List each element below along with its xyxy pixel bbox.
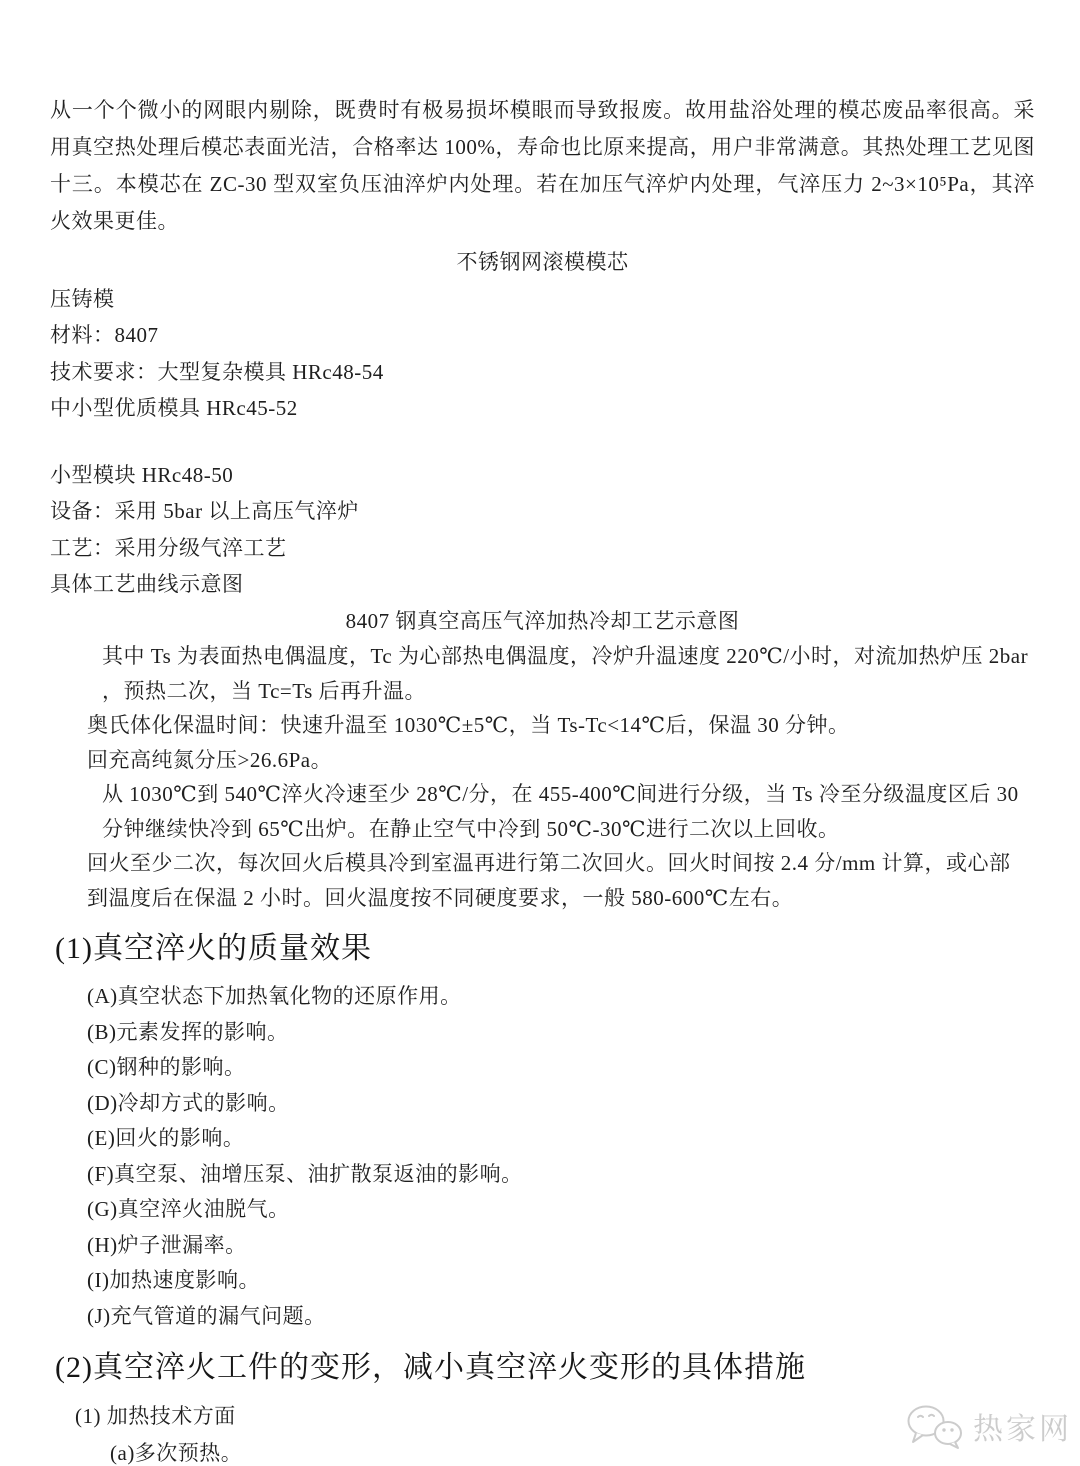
blank-gap: [50, 427, 1035, 457]
list-item: (F)真空泵、油增压泵、油扩散泵返油的影响。: [50, 1157, 1035, 1193]
process-line: 从 1030℃到 540℃淬火冷速至少 28℃/分，在 455-400℃间进行分…: [50, 777, 1035, 812]
body-paragraph: 从一个个微小的网眼内剔除，既费时有极易损坏模眼而导致报废。故用盐浴处理的模芯废品…: [50, 92, 1035, 240]
process-line: 回火至少二次，每次回火后模具冷到室温再进行第二次回火。回火时间按 2.4 分/m…: [50, 846, 1035, 881]
process-line: 其中 Ts 为表面热电偶温度，Tc 为心部热电偶温度，冷炉升温速度 220℃/小…: [50, 639, 1035, 674]
section-heading-deformation: (2)真空淬火工件的变形，减小真空淬火变形的具体措施: [55, 1348, 1035, 1388]
process-line: 到温度后在保温 2 小时。回火温度按不同硬度要求，一般 580-600℃左右。: [50, 881, 1035, 916]
list-item: (I)加热速度影响。: [50, 1263, 1035, 1299]
process-line: 奥氏体化保温时间：快速升温至 1030℃±5℃，当 Ts-Tc<14℃后，保温 …: [50, 708, 1035, 743]
figure-caption-process: 8407 钢真空高压气淬加热冷却工艺示意图: [50, 603, 1035, 640]
watermark: 热家网: [903, 1402, 1072, 1450]
list-item: (H)炉子泄漏率。: [50, 1228, 1035, 1264]
list-item: (J)充气管道的漏气问题。: [50, 1299, 1035, 1335]
spec-line-mid-small-mold: 中小型优质模具 HRc45-52: [50, 390, 1035, 427]
figure-caption-mold-core: 不锈钢网滚模模芯: [50, 244, 1035, 281]
spec-line-tech-req: 技术要求：大型复杂模具 HRc48-54: [50, 354, 1035, 391]
spec-line-equipment: 设备：采用 5bar 以上高压气淬炉: [50, 493, 1035, 530]
wechat-icon: [903, 1402, 965, 1450]
spec-line-die-cast: 压铸模: [50, 281, 1035, 318]
watermark-brand-text: 热家网: [973, 1404, 1072, 1448]
sub-sub-item-preheat: (a)多次预热。: [50, 1435, 1035, 1466]
spec-line-material: 材料：8407: [50, 317, 1035, 354]
spec-line-curve-note: 具体工艺曲线示意图: [50, 566, 1035, 603]
section-heading-quality: (1)真空淬火的质量效果: [55, 929, 1035, 969]
process-line: 回充高纯氮分压>26.6Pa。: [50, 743, 1035, 778]
spec-line-craft: 工艺：采用分级气淬工艺: [50, 530, 1035, 567]
process-line: 分钟继续快冷到 65℃出炉。在静止空气中冷到 50℃-30℃进行二次以上回收。: [50, 812, 1035, 847]
sub-item-heating: (1) 加热技术方面: [50, 1398, 1035, 1435]
list-item: (B)元素发挥的影响。: [50, 1015, 1035, 1051]
list-item: (A)真空状态下加热氧化物的还原作用。: [50, 979, 1035, 1015]
list-item: (G)真空淬火油脱气。: [50, 1192, 1035, 1228]
list-item: (C)钢种的影响。: [50, 1050, 1035, 1086]
list-item: (E)回火的影响。: [50, 1121, 1035, 1157]
process-line: ，预热二次，当 Tc=Ts 后再升温。: [50, 674, 1035, 709]
document-page: 从一个个微小的网眼内剔除，既费时有极易损坏模眼而导致报废。故用盐浴处理的模芯废品…: [0, 0, 1080, 1466]
spec-line-small-block: 小型模块 HRc48-50: [50, 457, 1035, 494]
list-item: (D)冷却方式的影响。: [50, 1086, 1035, 1122]
